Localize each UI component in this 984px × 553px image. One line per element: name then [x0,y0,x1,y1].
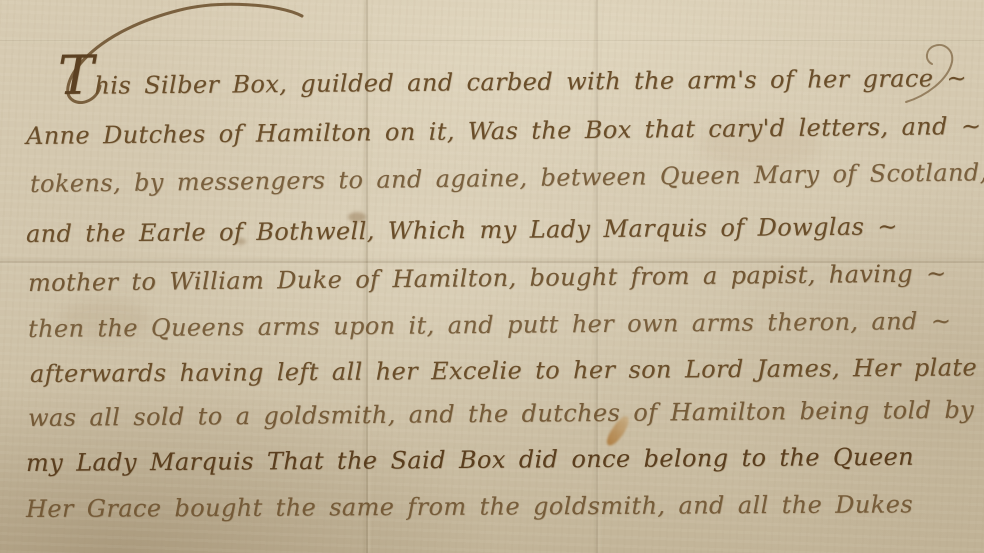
opening-pen-flourish-icon [40,2,320,112]
rust-stain [603,414,632,449]
manuscript-page: This Silber Box, guilded and carbed with… [0,0,984,553]
manuscript-line-5: mother to William Duke of Hamilton, boug… [28,259,947,297]
manuscript-line-1: This Silber Box, guilded and carbed with… [58,56,967,100]
manuscript-line-9: my Lady Marquis That the Said Box did on… [26,443,914,477]
vertical-fold-crease-right [596,0,598,553]
ink-speck [348,212,366,222]
manuscript-line-3: tokens, by messengers to and againe, bet… [30,158,984,198]
vertical-fold-crease-left [366,0,368,553]
horizontal-fold-crease [0,261,984,263]
paper-grain-texture [0,0,984,553]
soft-discoloration [700,120,820,170]
manuscript-line-10: Her Grace bought the same from the golds… [26,490,913,523]
soft-discoloration [60,300,150,340]
manuscript-line-2: Anne Dutches of Hamilton on it, Was the … [26,112,982,150]
ink-speck [236,238,246,245]
manuscript-line-8: was all sold to a goldsmith, and the dut… [28,396,974,432]
manuscript-line-4: and the Earle of Bothwell, Which my Lady… [26,212,898,248]
manuscript-line-6: then the Queens arms upon it, and putt h… [28,307,952,343]
corner-pen-flourish-icon [896,38,976,108]
manuscript-line-7: afterwards having left all her Excelie t… [30,353,977,388]
horizontal-fold-crease-faint [0,40,984,41]
